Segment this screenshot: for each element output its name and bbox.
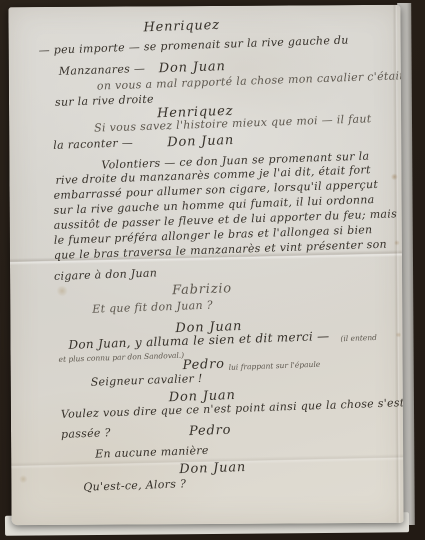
dialogue-line: Seigneur cavalier ! — [90, 372, 202, 389]
dialogue-line: cigare à don Juan — [54, 266, 157, 283]
backing-mat: Henriquez — peu importe — se promenait s… — [0, 0, 425, 540]
stage-direction: (il entend — [340, 333, 377, 343]
dialogue-line: Don Juan, y alluma le sien et dit merci … — [68, 329, 329, 352]
dialogue-line: sur la rive droite — [55, 93, 154, 109]
stage-direction: lui frappant sur l'épaule — [228, 360, 320, 372]
speaker-name-don-juan: Don Juan — [159, 59, 226, 76]
speaker-name-don-juan: Don Juan — [179, 460, 246, 477]
speaker-name-pedro: Pedro — [189, 423, 232, 439]
dialogue-line: Qu'est-ce, Alors ? — [83, 477, 186, 493]
dialogue-line: passée ? — [61, 426, 111, 441]
dialogue-line: Et que fit don Juan ? — [92, 299, 213, 316]
dialogue-line: Manzanares — — [59, 62, 146, 78]
dialogue-line: la raconter — — [53, 136, 133, 152]
speaker-name-pedro: Pedro — [182, 357, 225, 373]
speaker-name-henriquez: Henriquez — [143, 18, 220, 36]
dialogue-line: — peu importe — se promenait sur la rive… — [38, 33, 348, 57]
manuscript-page: Henriquez — peu importe — se promenait s… — [8, 5, 403, 525]
stage-direction: et plus connu par don Sandoval.) — [58, 351, 184, 364]
speaker-name-fabrizio: Fabrizio — [172, 281, 232, 298]
speaker-name-don-juan: Don Juan — [167, 133, 234, 150]
